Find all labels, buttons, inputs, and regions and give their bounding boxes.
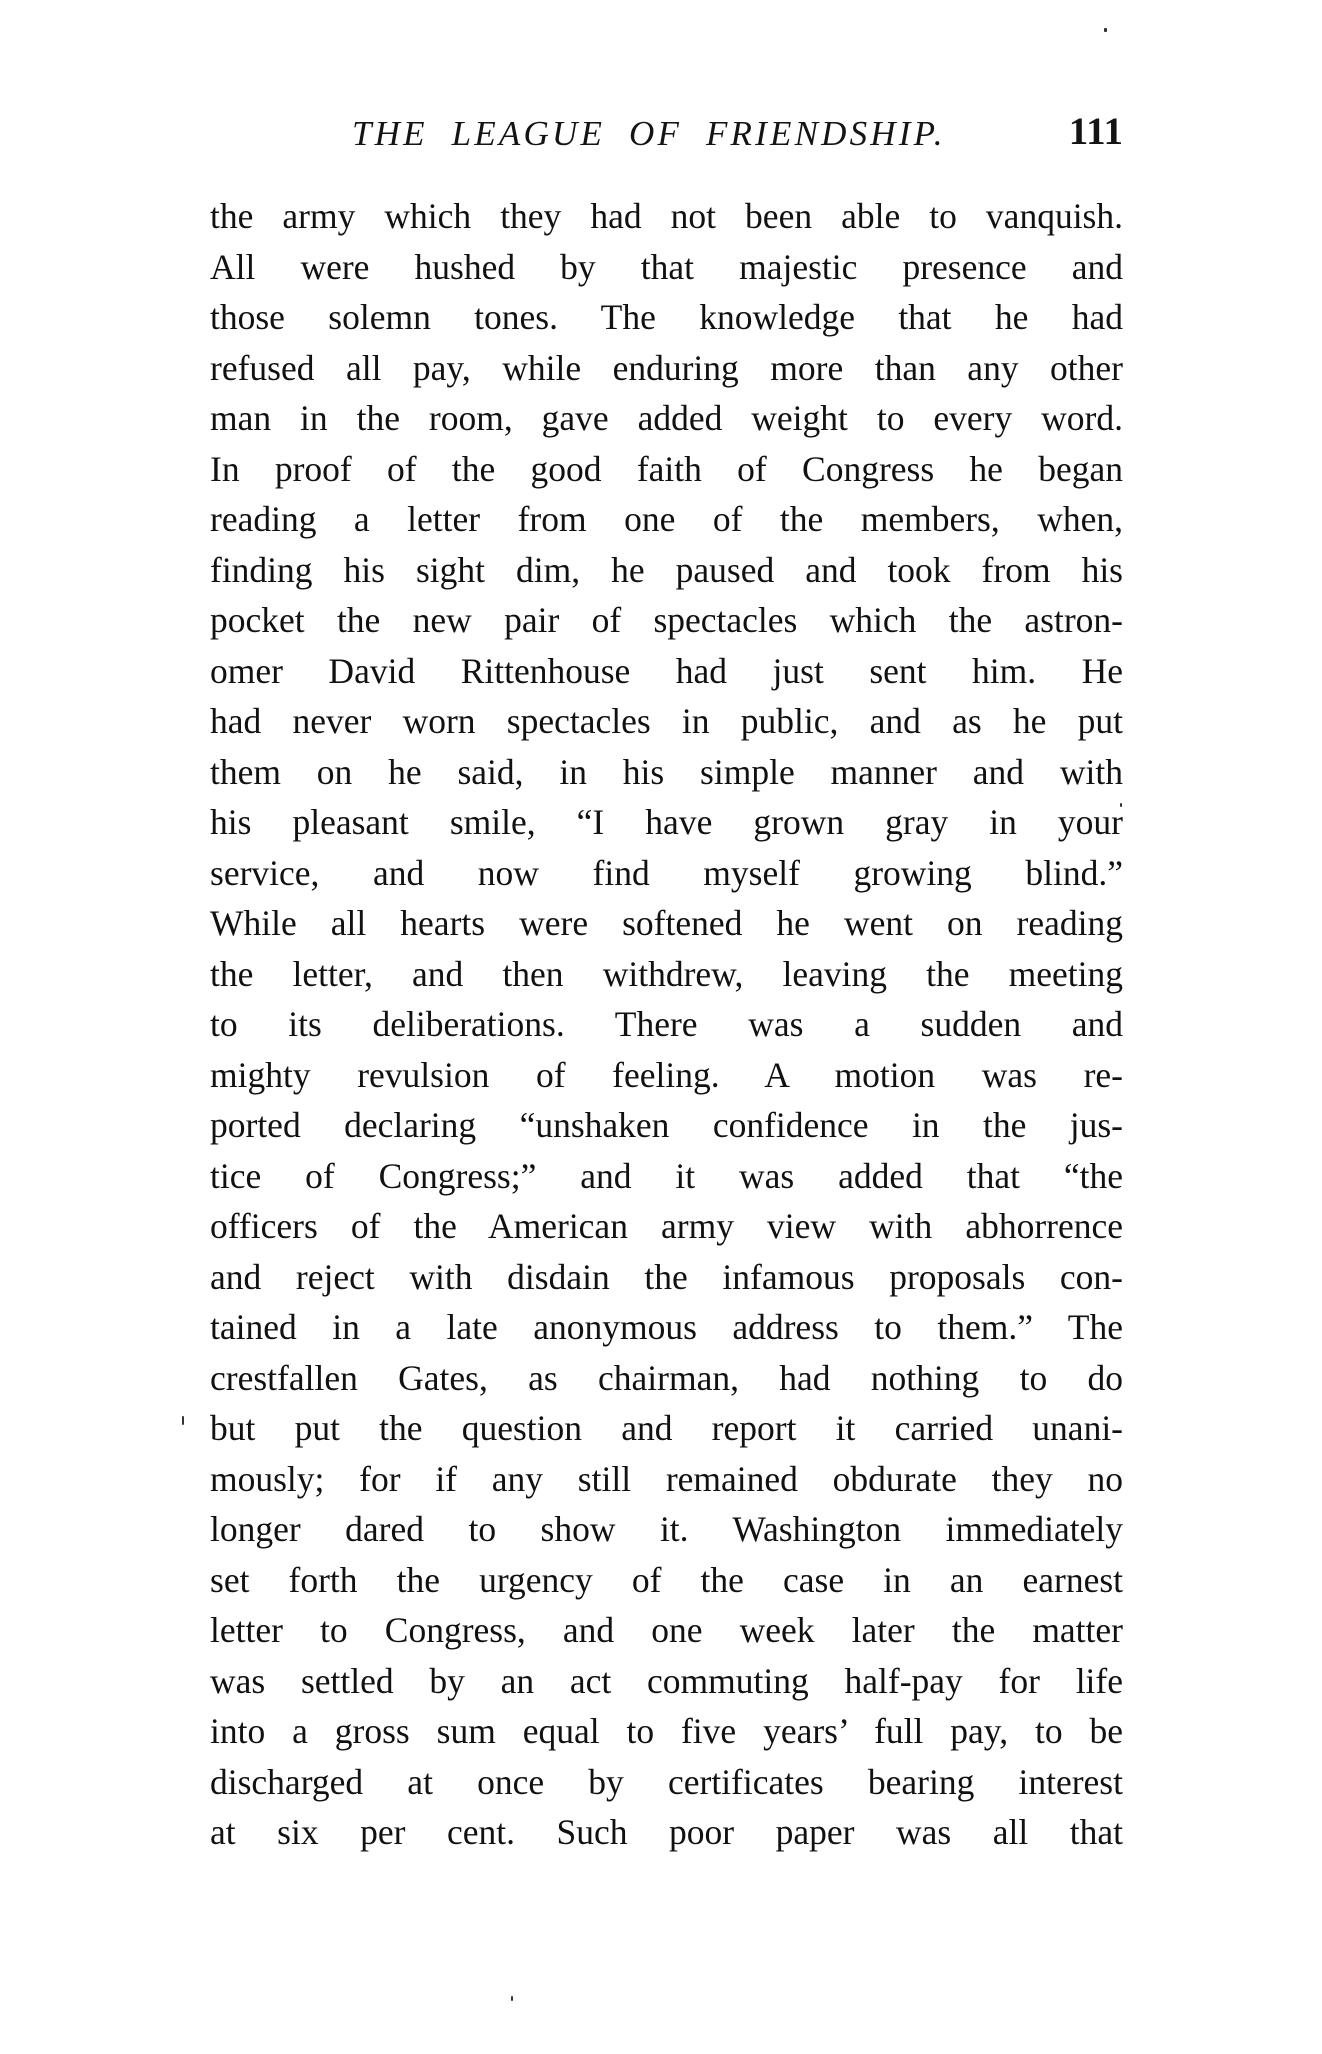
- text-line: at six per cent. Such poor paper was all…: [210, 1807, 1123, 1858]
- text-line: All were hushed by that majestic presenc…: [210, 242, 1123, 293]
- text-line: but put the question and report it carri…: [210, 1403, 1123, 1454]
- text-line: man in the room, gave added weight to ev…: [210, 393, 1123, 444]
- body-text: the army which they had not been able to…: [210, 191, 1123, 1858]
- text-line: crestfallen Gates, as chairman, had noth…: [210, 1353, 1123, 1404]
- scan-speck: [1104, 28, 1107, 32]
- text-line: In proof of the good faith of Congress h…: [210, 444, 1123, 495]
- text-line: was settled by an act commuting half-pay…: [210, 1656, 1123, 1707]
- running-head: THE LEAGUE OF FRIENDSHIP. 111: [210, 108, 1123, 160]
- text-line: mously; for if any still remained obdura…: [210, 1454, 1123, 1505]
- text-line: longer dared to show it. Washington imme…: [210, 1504, 1123, 1555]
- text-line: omer David Rittenhouse had just sent him…: [210, 646, 1123, 697]
- text-line: set forth the urgency of the case in an …: [210, 1555, 1123, 1606]
- text-line: his pleasant smile, “I have grown gray i…: [210, 797, 1123, 848]
- running-title: THE LEAGUE OF FRIENDSHIP.: [352, 114, 946, 154]
- text-line: While all hearts were softened he went o…: [210, 898, 1123, 949]
- page-number: 111: [1069, 110, 1123, 154]
- text-line: tained in a late anonymous address to th…: [210, 1302, 1123, 1353]
- text-line: refused all pay, while enduring more tha…: [210, 343, 1123, 394]
- text-line: tice of Congress;” and it was added that…: [210, 1151, 1123, 1202]
- book-page: THE LEAGUE OF FRIENDSHIP. 111 the army w…: [0, 0, 1322, 2054]
- text-line: into a gross sum equal to five years’ fu…: [210, 1706, 1123, 1757]
- text-line: letter to Congress, and one week later t…: [210, 1605, 1123, 1656]
- text-line: had never worn spectacles in public, and…: [210, 696, 1123, 747]
- text-line: to its deliberations. There was a sudden…: [210, 999, 1123, 1050]
- scan-speck: [511, 1996, 513, 2001]
- text-line: finding his sight dim, he paused and too…: [210, 545, 1123, 596]
- text-line: pocket the new pair of spectacles which …: [210, 595, 1123, 646]
- text-line: those solemn tones. The knowledge that h…: [210, 292, 1123, 343]
- text-line: the letter, and then withdrew, leaving t…: [210, 949, 1123, 1000]
- text-line: and reject with disdain the infamous pro…: [210, 1252, 1123, 1303]
- text-line: service, and now find myself growing bli…: [210, 848, 1123, 899]
- scan-speck: [182, 1416, 184, 1425]
- text-line: them on he said, in his simple manner an…: [210, 747, 1123, 798]
- text-line: ported declaring “unshaken confidence in…: [210, 1100, 1123, 1151]
- text-line: mighty revulsion of feeling. A motion wa…: [210, 1050, 1123, 1101]
- text-line: officers of the American army view with …: [210, 1201, 1123, 1252]
- text-line: reading a letter from one of the members…: [210, 494, 1123, 545]
- text-line: discharged at once by certificates beari…: [210, 1757, 1123, 1808]
- text-line: the army which they had not been able to…: [210, 191, 1123, 242]
